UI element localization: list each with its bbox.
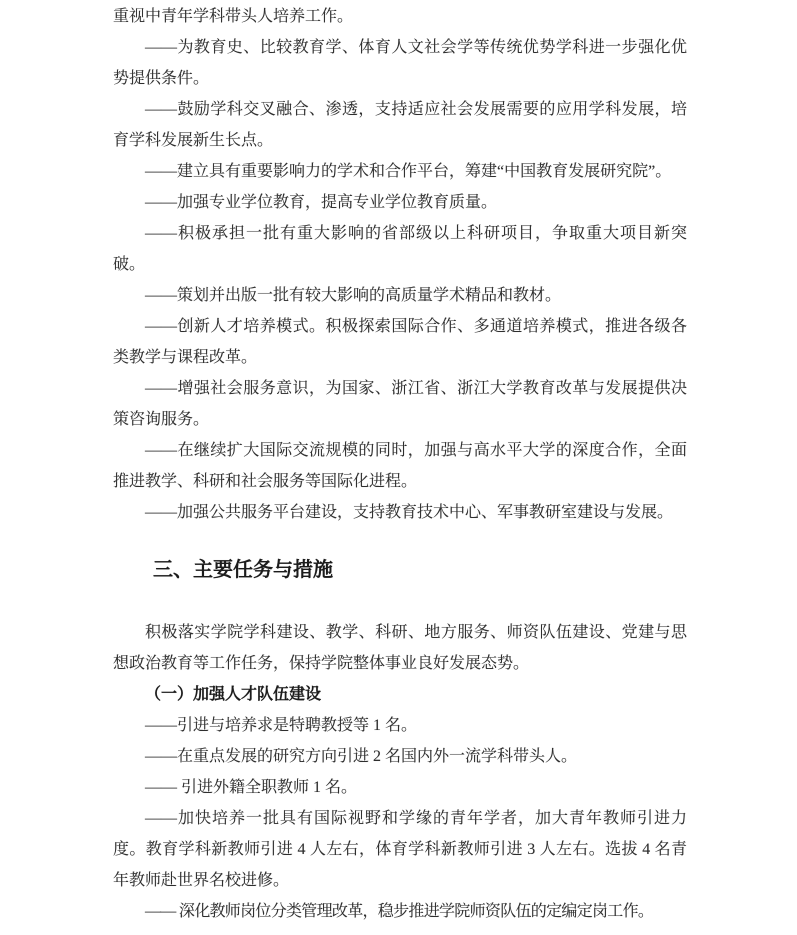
dash-paragraph: ——为教育史、比较教育学、体育人文社会学等传统优势学科进一步强化优势提供条件。	[113, 32, 687, 94]
dash-paragraph: ——积极承担一批有重大影响的省部级以上科研项目，争取重大项目新突破。	[113, 218, 687, 280]
dash-paragraph: ——鼓励学科交叉融合、渗透，支持适应社会发展需要的应用学科发展，培育学科发展新生…	[113, 94, 687, 156]
dash-paragraph: ——建立具有重要影响力的学术和合作平台，筹建“中国教育发展研究院”。	[113, 156, 687, 187]
dash-paragraph: —— 引进外籍全职教师 1 名。	[113, 772, 687, 803]
body-paragraph: 积极落实学院学科建设、教学、科研、地方服务、师资队伍建设、党建与思想政治教育等工…	[113, 617, 687, 679]
dash-paragraph: ——策划并出版一批有较大影响的高质量学术精品和教材。	[113, 280, 687, 311]
section-heading: 三、主要任务与措施	[113, 554, 687, 587]
document-page: 重视中青年学科带头人培养工作。 ——为教育史、比较教育学、体育人文社会学等传统优…	[0, 0, 797, 935]
dash-paragraph: ——在重点发展的研究方向引进 2 名国内外一流学科带头人。	[113, 741, 687, 772]
dash-paragraph: ——加快培养一批具有国际视野和学缘的青年学者，加大青年教师引进力度。教育学科新教…	[113, 803, 687, 896]
subsection-heading: （一）加强人才队伍建设	[113, 679, 687, 710]
paragraph: 重视中青年学科带头人培养工作。	[113, 1, 687, 32]
dash-paragraph: ——加强专业学位教育，提高专业学位教育质量。	[113, 187, 687, 218]
dash-paragraph: ——引进与培养求是特聘教授等 1 名。	[113, 710, 687, 741]
dash-paragraph: —— 深化教师岗位分类管理改革，稳步推进学院师资队伍的定编定岗工作。	[113, 896, 687, 927]
dash-paragraph: ——增强社会服务意识，为国家、浙江省、浙江大学教育改革与发展提供决策咨询服务。	[113, 373, 687, 435]
dash-paragraph: ——在继续扩大国际交流规模的同时，加强与高水平大学的深度合作，全面推进教学、科研…	[113, 435, 687, 497]
dash-paragraph: ——加强公共服务平台建设，支持教育技术中心、军事教研室建设与发展。	[113, 497, 687, 528]
dash-paragraph: ——创新人才培养模式。积极探索国际合作、多通道培养模式，推进各级各类教学与课程改…	[113, 311, 687, 373]
